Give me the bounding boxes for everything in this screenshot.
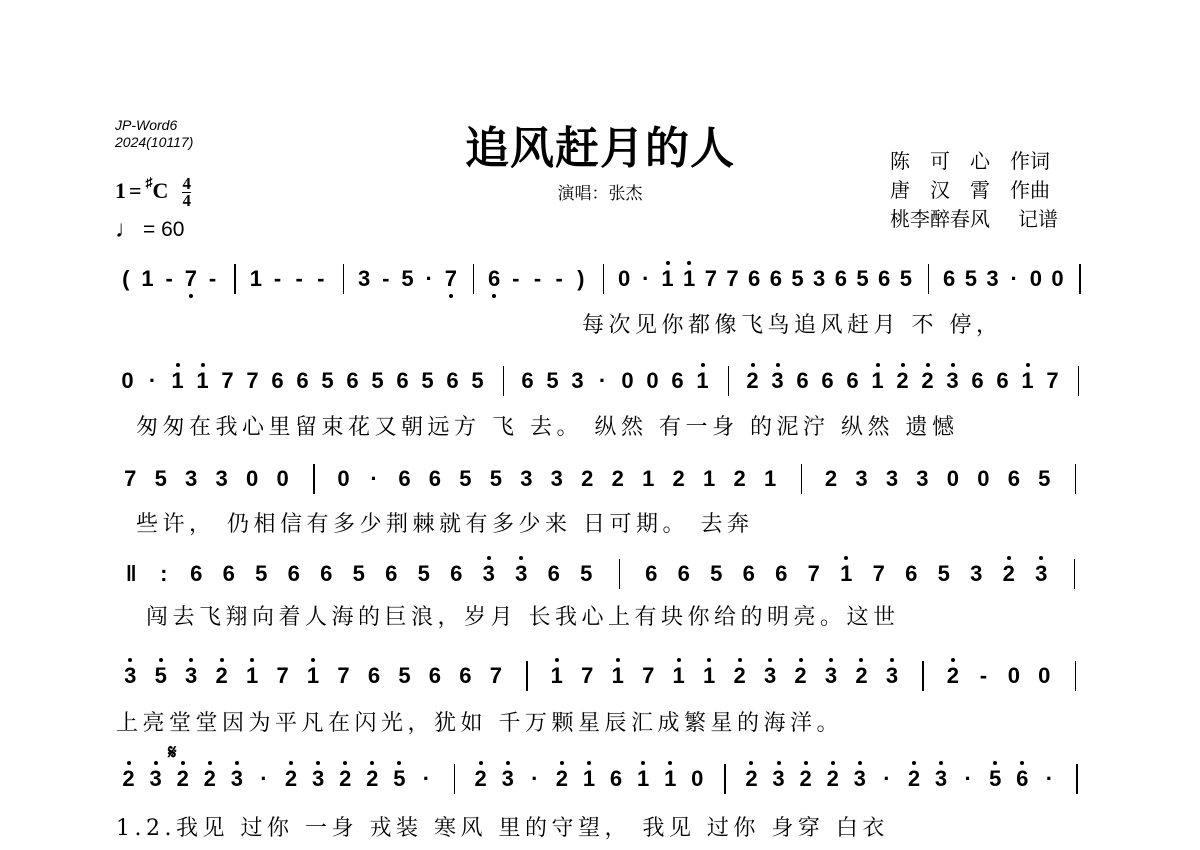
note: 1 xyxy=(548,665,566,687)
barline xyxy=(1074,559,1076,589)
time-bottom: 4 xyxy=(182,193,191,208)
note: 0 xyxy=(1035,665,1053,687)
note: 2 xyxy=(824,768,842,790)
note: 6 xyxy=(607,768,625,790)
octave-up-dot xyxy=(777,761,781,765)
note: 2 xyxy=(797,768,815,790)
note: 3 xyxy=(228,768,246,790)
octave-up-dot xyxy=(176,363,180,367)
note: 3 xyxy=(770,768,788,790)
note: 2 xyxy=(744,370,762,392)
lyrics-line-5: 上亮堂堂因为平凡在闪光，犹如 千万颗星辰汇成繁星的海洋。 xyxy=(116,706,843,737)
lyrics-line-1: 每次见你都像飞鸟追风赶月 不 停， xyxy=(582,308,1003,339)
note: 3 xyxy=(822,665,840,687)
octave-up-dot xyxy=(1020,761,1024,765)
note: 6 xyxy=(794,370,812,392)
key-note: C xyxy=(153,178,169,204)
note: 3 xyxy=(761,665,779,687)
note: 0 xyxy=(644,370,662,392)
barline xyxy=(234,264,236,294)
octave-up-dot xyxy=(1039,556,1043,560)
notation-symbol: ‖ xyxy=(122,563,140,585)
note: 1 xyxy=(700,468,718,490)
note: 1 xyxy=(661,768,679,790)
note: 3 xyxy=(810,268,828,290)
notation-line-3: 7533000·665533221212123330065 xyxy=(115,458,1090,498)
note: 5 xyxy=(399,268,417,290)
credit-name: 桃李醉春风 xyxy=(890,205,1010,234)
barline xyxy=(724,764,726,794)
note: 2 xyxy=(1000,563,1018,585)
note: 5 xyxy=(935,563,953,585)
octave-up-dot xyxy=(201,363,205,367)
note: 2 xyxy=(363,768,381,790)
credit-lyricist: 陈 可 心 作词 xyxy=(890,147,1058,176)
octave-up-dot xyxy=(768,658,772,662)
octave-up-dot xyxy=(1026,363,1030,367)
octave-up-dot xyxy=(677,658,681,662)
notation-symbol: · xyxy=(594,370,612,392)
credit-char: 陈 xyxy=(890,147,930,176)
octave-up-dot xyxy=(235,761,239,765)
note: 7 xyxy=(442,268,460,290)
note: 7 xyxy=(121,468,139,490)
note: 1 xyxy=(580,768,598,790)
note: 3 xyxy=(913,468,931,490)
note: 0 xyxy=(619,370,637,392)
octave-up-dot xyxy=(343,761,347,765)
note: 6 xyxy=(669,370,687,392)
octave-up-dot xyxy=(159,658,163,662)
quarter-note-icon: ♩ xyxy=(115,216,139,244)
lyrics-line-6: 1.2.我见 过你 一身 戎装 寒风 里的守望， 我见 过你 身穿 白衣 xyxy=(116,811,889,842)
octave-up-dot xyxy=(506,761,510,765)
note: 7 xyxy=(487,665,505,687)
note: 1 xyxy=(694,370,712,392)
note: 5 xyxy=(897,268,915,290)
note: 6 xyxy=(642,563,660,585)
note: 6 xyxy=(317,563,335,585)
octave-up-dot xyxy=(1007,556,1011,560)
octave-up-dot xyxy=(707,658,711,662)
barline xyxy=(1076,764,1078,794)
note: 2 xyxy=(731,665,749,687)
note: 2 xyxy=(201,768,219,790)
notation-symbol: - xyxy=(974,665,992,687)
note: 6 xyxy=(269,370,287,392)
note: 3 xyxy=(851,768,869,790)
note: 5 xyxy=(577,563,595,585)
note: 6 xyxy=(1005,468,1023,490)
barline xyxy=(603,264,605,294)
octave-up-dot xyxy=(128,658,132,662)
note: 2 xyxy=(852,665,870,687)
note: 7 xyxy=(274,665,292,687)
note: 6 xyxy=(902,563,920,585)
note: 7 xyxy=(578,665,596,687)
note: 1 xyxy=(609,665,627,687)
note: 3 xyxy=(480,563,498,585)
note: 6 xyxy=(844,370,862,392)
credits: 陈 可 心 作词 唐 汉 霄 作曲 桃李醉春风 记谱 xyxy=(890,147,1058,234)
note: 3 xyxy=(852,468,870,490)
note: 5 xyxy=(986,768,1004,790)
note: 3 xyxy=(548,468,566,490)
octave-up-dot xyxy=(479,761,483,765)
note: 2 xyxy=(578,468,596,490)
note: 2 xyxy=(742,768,760,790)
note: 1 xyxy=(659,268,677,290)
note: 6 xyxy=(745,268,763,290)
notation-symbol: - xyxy=(377,268,395,290)
barline xyxy=(1079,264,1081,294)
note: 2 xyxy=(894,370,912,392)
note: 5 xyxy=(390,768,408,790)
tempo-value: = 60 xyxy=(143,218,184,242)
credit-char: 霄 xyxy=(970,176,1010,205)
note: 3 xyxy=(984,268,1002,290)
octave-up-dot xyxy=(926,363,930,367)
note: 2 xyxy=(609,468,627,490)
octave-up-dot xyxy=(519,556,523,560)
note: 3 xyxy=(517,468,535,490)
octave-up-dot xyxy=(751,363,755,367)
octave-up-dot xyxy=(289,761,293,765)
credit-role: 作曲 xyxy=(1010,176,1050,205)
note: 6 xyxy=(819,370,837,392)
note: 1 xyxy=(634,768,652,790)
octave-down-dot xyxy=(449,294,453,298)
note: 2 xyxy=(731,468,749,490)
octave-up-dot xyxy=(829,658,833,662)
barline xyxy=(1075,464,1077,494)
note: 3 xyxy=(121,665,139,687)
octave-up-dot xyxy=(616,658,620,662)
note: 1 xyxy=(1019,370,1037,392)
note: 6 xyxy=(519,370,537,392)
octave-up-dot xyxy=(993,761,997,765)
credit-transcriber: 桃李醉春风 记谱 xyxy=(890,205,1058,234)
octave-up-dot xyxy=(666,261,670,265)
note: 3 xyxy=(883,468,901,490)
note: 2 xyxy=(282,768,300,790)
octave-up-dot xyxy=(687,261,691,265)
barline xyxy=(343,264,345,294)
note: 0 xyxy=(274,468,292,490)
tempo-marking: ♩ = 60 xyxy=(115,216,184,244)
notation-symbol: - xyxy=(160,268,178,290)
notation-symbol: - xyxy=(269,268,287,290)
note: 7 xyxy=(639,665,657,687)
note: 6 xyxy=(187,563,205,585)
note: 5 xyxy=(469,370,487,392)
note: 7 xyxy=(182,268,200,290)
barline xyxy=(526,661,528,691)
octave-up-dot xyxy=(397,761,401,765)
note: 6 xyxy=(875,268,893,290)
credit-char: 心 xyxy=(970,147,1010,176)
key-one: 1 xyxy=(115,178,126,204)
notation-line-4: ‖:66566565633656656671765323 xyxy=(115,553,1090,593)
note: 5 xyxy=(707,563,725,585)
note: 5 xyxy=(350,563,368,585)
barline xyxy=(473,264,475,294)
octave-up-dot xyxy=(951,363,955,367)
note: 2 xyxy=(553,768,571,790)
sharp-icon: ♯ xyxy=(146,176,153,192)
octave-up-dot xyxy=(154,761,158,765)
notation-symbol: · xyxy=(637,268,655,290)
note: 6 xyxy=(394,370,412,392)
octave-up-dot xyxy=(181,761,185,765)
note: 2 xyxy=(174,768,192,790)
notation-symbol: ) xyxy=(572,268,590,290)
notation-symbol: · xyxy=(1005,268,1023,290)
note: 6 xyxy=(675,563,693,585)
octave-up-dot xyxy=(912,761,916,765)
octave-up-dot xyxy=(370,761,374,765)
note: 5 xyxy=(1035,468,1053,490)
octave-up-dot xyxy=(668,761,672,765)
key-signature: 1 = ♯ C 4 4 xyxy=(115,178,191,208)
note: 1 xyxy=(700,665,718,687)
note: 6 xyxy=(426,665,444,687)
notation-symbol: · xyxy=(878,768,896,790)
octave-up-dot xyxy=(555,658,559,662)
barline xyxy=(801,464,803,494)
singer-text: 演唱：张杰 xyxy=(558,184,643,204)
notation-symbol: - xyxy=(312,268,330,290)
note: 2 xyxy=(919,370,937,392)
barline xyxy=(922,661,924,691)
note: 5 xyxy=(152,468,170,490)
note: 5 xyxy=(854,268,872,290)
notation-symbol: - xyxy=(290,268,308,290)
note: 0 xyxy=(335,468,353,490)
note: 7 xyxy=(244,370,262,392)
octave-up-dot xyxy=(890,658,894,662)
note: 3 xyxy=(569,370,587,392)
note: 0 xyxy=(688,768,706,790)
octave-up-dot xyxy=(220,658,224,662)
note: 3 xyxy=(944,370,962,392)
note: 6 xyxy=(447,563,465,585)
note: 1 xyxy=(247,268,265,290)
note: 6 xyxy=(740,563,758,585)
barline xyxy=(1075,661,1077,691)
note: 3 xyxy=(355,268,373,290)
note: 5 xyxy=(395,665,413,687)
barline xyxy=(313,464,315,494)
note: 6 xyxy=(545,563,563,585)
note: 1 xyxy=(169,370,187,392)
octave-down-dot xyxy=(492,294,496,298)
note: 6 xyxy=(485,268,503,290)
notation-symbol: - xyxy=(550,268,568,290)
note: 5 xyxy=(789,268,807,290)
note: 3 xyxy=(182,665,200,687)
octave-up-dot xyxy=(939,761,943,765)
note: 3 xyxy=(932,768,950,790)
octave-up-dot xyxy=(876,363,880,367)
note: 6 xyxy=(767,268,785,290)
note: 1 xyxy=(194,370,212,392)
octave-up-dot xyxy=(749,761,753,765)
note: 6 xyxy=(294,370,312,392)
note: 1 xyxy=(304,665,322,687)
credit-char: 唐 xyxy=(890,176,930,205)
barline xyxy=(728,366,730,396)
notation-symbol: · xyxy=(255,768,273,790)
barline xyxy=(928,264,930,294)
note: 6 xyxy=(365,665,383,687)
note: 0 xyxy=(1005,665,1023,687)
note: 5 xyxy=(487,468,505,490)
note: 3 xyxy=(967,563,985,585)
note: 0 xyxy=(944,468,962,490)
note: 1 xyxy=(139,268,157,290)
note: 1 xyxy=(670,665,688,687)
octave-up-dot xyxy=(250,658,254,662)
notation-symbol: · xyxy=(526,768,544,790)
note: 2 xyxy=(670,468,688,490)
note: 6 xyxy=(940,268,958,290)
note: 2 xyxy=(905,768,923,790)
note: 1 xyxy=(761,468,779,490)
notation-symbol: · xyxy=(1040,768,1058,790)
octave-up-dot xyxy=(858,761,862,765)
note: 5 xyxy=(319,370,337,392)
octave-up-dot xyxy=(804,761,808,765)
note: 5 xyxy=(419,370,437,392)
octave-up-dot xyxy=(208,761,212,765)
note: 7 xyxy=(335,665,353,687)
octave-up-dot xyxy=(738,658,742,662)
barline xyxy=(1078,366,1080,396)
note: 5 xyxy=(252,563,270,585)
note: 5 xyxy=(544,370,562,392)
note: 6 xyxy=(285,563,303,585)
note: 3 xyxy=(147,768,165,790)
note: 6 xyxy=(395,468,413,490)
notation-symbol: · xyxy=(144,370,162,392)
note: 5 xyxy=(456,468,474,490)
notation-line-6: 23223·23225·23·21611023223·23·56· xyxy=(115,758,1090,798)
note: 6 xyxy=(1013,768,1031,790)
note: 6 xyxy=(832,268,850,290)
note: 7 xyxy=(219,370,237,392)
note: 5 xyxy=(415,563,433,585)
notation-symbol: - xyxy=(204,268,222,290)
note: 3 xyxy=(182,468,200,490)
octave-up-dot xyxy=(189,658,193,662)
lyrics-line-2: 匆匆在我心里留束花又朝远方 飞 去。 纵然 有一身 的泥泞 纵然 遗憾 xyxy=(136,410,958,441)
octave-up-dot xyxy=(560,761,564,765)
octave-up-dot xyxy=(859,658,863,662)
note: 3 xyxy=(883,665,901,687)
credit-char: 汉 xyxy=(930,176,970,205)
octave-up-dot xyxy=(587,761,591,765)
octave-up-dot xyxy=(776,363,780,367)
notation-symbol: · xyxy=(959,768,977,790)
octave-up-dot xyxy=(831,761,835,765)
octave-up-dot xyxy=(701,363,705,367)
note: 5 xyxy=(962,268,980,290)
octave-up-dot xyxy=(127,761,131,765)
key-equals: = xyxy=(129,178,142,204)
notation-symbol: - xyxy=(507,268,525,290)
lyrics-line-4: 闯去飞翔向着人海的巨浪，岁月 长我心上有块你给的明亮。这世 xyxy=(146,600,900,631)
notation-symbol: · xyxy=(365,468,383,490)
note: 5 xyxy=(152,665,170,687)
note: 0 xyxy=(1027,268,1045,290)
note: 6 xyxy=(382,563,400,585)
note: 7 xyxy=(1044,370,1062,392)
note: 2 xyxy=(120,768,138,790)
octave-up-dot xyxy=(901,363,905,367)
note: 7 xyxy=(724,268,742,290)
note: 3 xyxy=(769,370,787,392)
notation-symbol: : xyxy=(155,563,173,585)
note: 6 xyxy=(426,468,444,490)
note: 3 xyxy=(512,563,530,585)
note: 1 xyxy=(243,665,261,687)
octave-up-dot xyxy=(316,761,320,765)
lyrics-line-3: 些许， 仍相信有多少荆棘就有多少来 日可期。 去奔 xyxy=(136,507,753,538)
note: 3 xyxy=(309,768,327,790)
note: 0 xyxy=(615,268,633,290)
segno-icon: 𝄋 xyxy=(168,742,177,765)
note: 5 xyxy=(369,370,387,392)
credit-composer: 唐 汉 霄 作曲 xyxy=(890,176,1058,205)
note: 0 xyxy=(1049,268,1067,290)
note: 1 xyxy=(680,268,698,290)
octave-up-dot xyxy=(487,556,491,560)
note: 2 xyxy=(213,665,231,687)
note: 1 xyxy=(639,468,657,490)
note: 6 xyxy=(772,563,790,585)
octave-up-dot xyxy=(951,658,955,662)
credit-role: 作词 xyxy=(1010,147,1050,176)
note: 0 xyxy=(119,370,137,392)
note: 1 xyxy=(869,370,887,392)
notation-line-1: (1-7-1---3-5·76---)0·117766536565653·00 xyxy=(115,258,1090,298)
octave-up-dot xyxy=(844,556,848,560)
notation-symbol: · xyxy=(420,268,438,290)
note: 6 xyxy=(444,370,462,392)
barline xyxy=(454,764,456,794)
octave-down-dot xyxy=(189,294,193,298)
barline xyxy=(619,559,621,589)
note: 1 xyxy=(837,563,855,585)
note: 7 xyxy=(805,563,823,585)
note: 6 xyxy=(994,370,1012,392)
note: 0 xyxy=(974,468,992,490)
notation-symbol: ( xyxy=(117,268,135,290)
note: 3 xyxy=(499,768,517,790)
notation-line-2: 0·1177665656565653·00612366612236617 xyxy=(115,360,1090,400)
note: 6 xyxy=(344,370,362,392)
note: 2 xyxy=(336,768,354,790)
note: 2 xyxy=(944,665,962,687)
note: 6 xyxy=(456,665,474,687)
note: 7 xyxy=(870,563,888,585)
time-signature: 4 4 xyxy=(182,176,191,208)
note: 0 xyxy=(243,468,261,490)
note: 3 xyxy=(1032,563,1050,585)
octave-up-dot xyxy=(641,761,645,765)
octave-up-dot xyxy=(799,658,803,662)
